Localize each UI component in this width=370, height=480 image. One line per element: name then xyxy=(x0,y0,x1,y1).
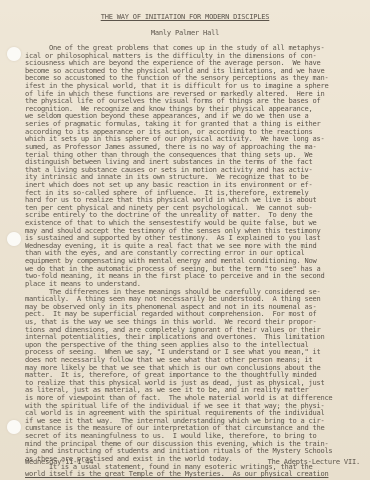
document-footer: Wednesday-11-1-44 The Adepts-Lecture VII… xyxy=(25,458,360,466)
document-body: One of the great problems that comes up … xyxy=(25,44,365,478)
footer-date: Wednesday-11-1-44 xyxy=(25,458,93,466)
punch-hole xyxy=(7,232,21,246)
footer-lecture: The Adepts-Lecture VII. xyxy=(268,458,360,466)
punch-hole xyxy=(7,420,21,434)
document-title: THE WAY OF INITIATION FOR MODERN DISCIPL… xyxy=(0,13,370,21)
typewritten-page: THE WAY OF INITIATION FOR MODERN DISCIPL… xyxy=(0,0,370,480)
punch-hole xyxy=(7,47,21,61)
document-author: Manly Palmer Hall xyxy=(0,29,370,37)
text-line: world itself is the great Temple of the … xyxy=(25,470,365,478)
